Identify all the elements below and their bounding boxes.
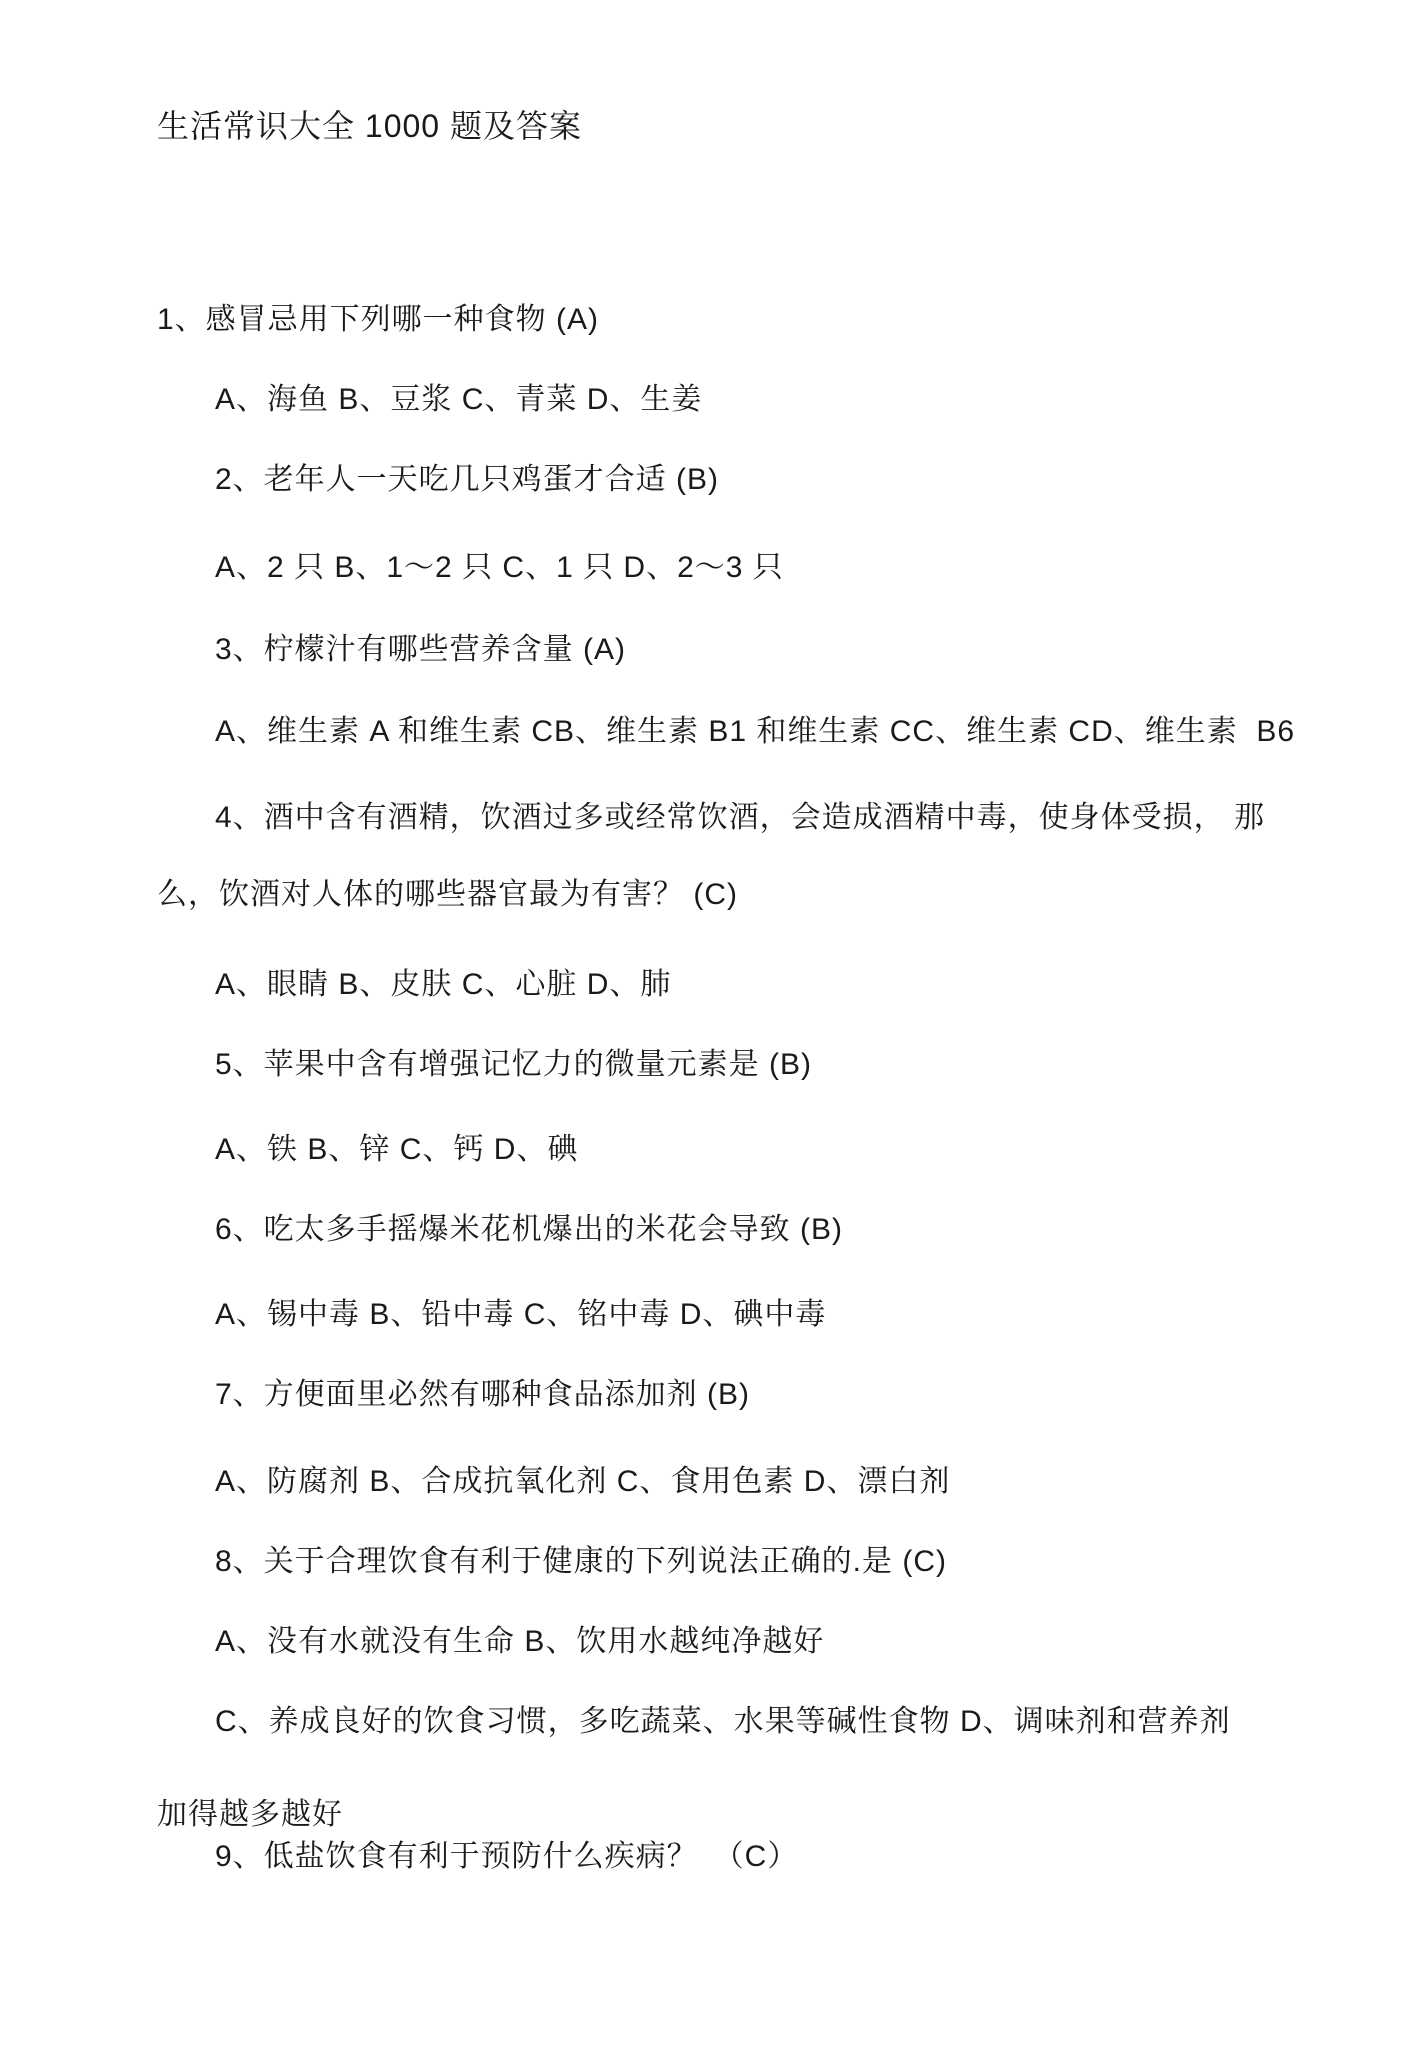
question-3-options: A、维生素 A 和维生素 CB、维生素 B1 和维生素 CC、维生素 CD、维生… (215, 712, 1295, 752)
question-1: 1、感冒忌用下列哪一种食物 (A) (157, 300, 599, 340)
question-3: 3、柠檬汁有哪些营养含量 (A) (215, 630, 626, 670)
question-5-options: A、铁 B、锌 C、钙 D、碘 (215, 1130, 578, 1170)
question-7: 7、方便面里必然有哪种食品添加剂 (B) (215, 1375, 750, 1415)
question-9: 9、低盐饮食有利于预防什么疾病？ （C） (215, 1837, 798, 1877)
question-4-line2: 么，饮酒对人体的哪些器官最为有害？ (C) (157, 875, 738, 915)
question-6: 6、吃太多手摇爆米花机爆出的米花会导致 (B) (215, 1210, 843, 1250)
question-8-options-cd-wrap: 加得越多越好 (157, 1795, 343, 1835)
question-6-options: A、锡中毒 B、铅中毒 C、铭中毒 D、碘中毒 (215, 1295, 826, 1335)
question-2: 2、老年人一天吃几只鸡蛋才合适 (B) (215, 460, 719, 500)
question-1-options: A、海鱼 B、豆浆 C、青菜 D、生姜 (215, 380, 702, 420)
question-4-options: A、眼睛 B、皮肤 C、心脏 D、肺 (215, 965, 671, 1005)
question-2-options: A、2 只 B、1～2 只 C、1 只 D、2～3 只 (215, 548, 784, 588)
question-8-options-cd: C、养成良好的饮食习惯，多吃蔬菜、水果等碱性食物 D、调味剂和营养剂 (215, 1702, 1231, 1742)
question-4-line1: 4、酒中含有酒精，饮酒过多或经常饮酒，会造成酒精中毒，使身体受损， 那 (215, 798, 1265, 838)
question-8-options-ab: A、没有水就没有生命 B、饮用水越纯净越好 (215, 1622, 824, 1662)
document-title: 生活常识大全 1000 题及答案 (157, 105, 582, 147)
question-7-options: A、防腐剂 B、合成抗氧化剂 C、食用色素 D、漂白剂 (215, 1462, 950, 1502)
document-page: 生活常识大全 1000 题及答案 1、感冒忌用下列哪一种食物 (A) A、海鱼 … (0, 0, 1413, 2067)
question-8: 8、关于合理饮食有利于健康的下列说法正确的.是 (C) (215, 1542, 947, 1582)
question-5: 5、苹果中含有增强记忆力的微量元素是 (B) (215, 1045, 812, 1085)
